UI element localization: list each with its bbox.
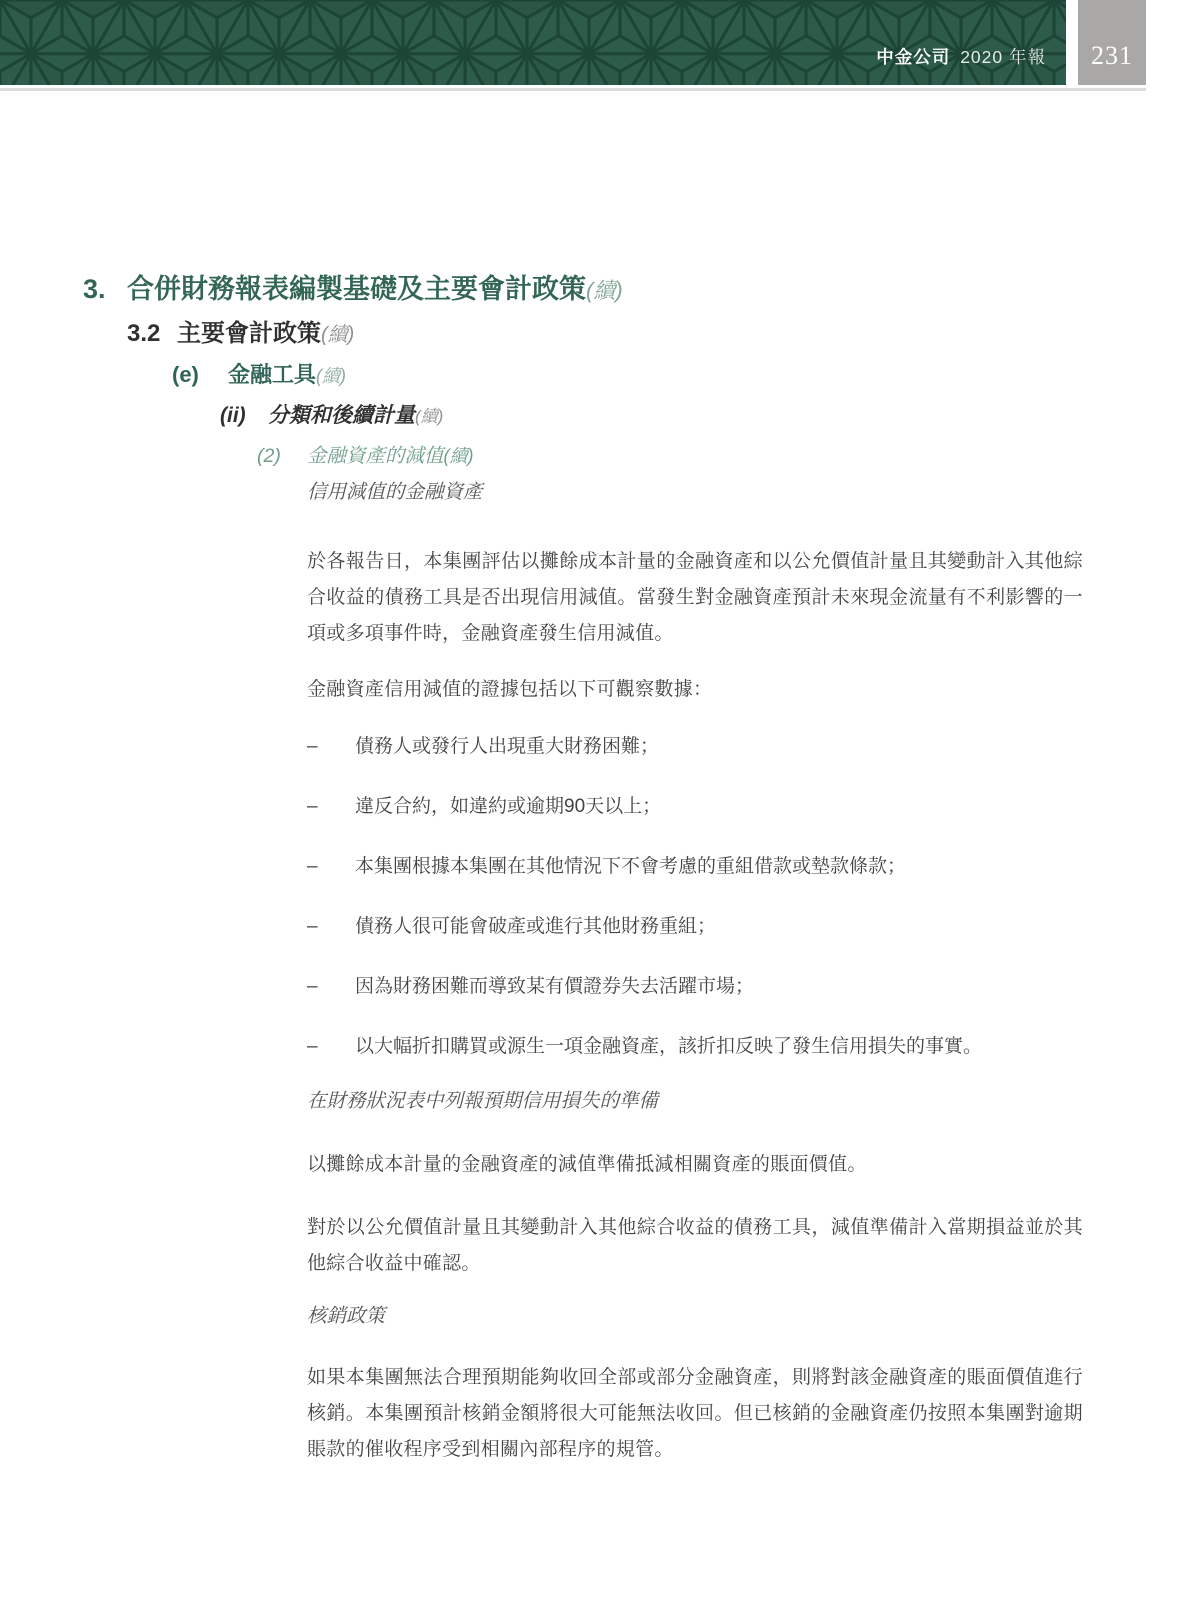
subsection-heading: 3.2 主要會計政策(續) (127, 317, 354, 352)
list-item-text: 因為財務困難而導致某有價證券失去活躍市場； (355, 972, 1083, 1002)
item-ii-heading: (ii) 分類和後續計量(續) (220, 400, 443, 432)
list-item-text: 債務人或發行人出現重大財務困難； (355, 732, 1083, 762)
item-e-title: 金融工具(續) (228, 359, 346, 392)
dash-bullet-icon: – (307, 792, 355, 822)
continued-label: (續) (415, 407, 443, 426)
list-item-text: 違反合約，如違約或逾期90天以上； (355, 792, 1083, 822)
item-e-heading: (e) 金融工具(續) (172, 359, 346, 392)
report-page: 中金公司2020 年報 231 3. 合併財務報表編製基礎及主要會計政策(續) … (0, 0, 1190, 1615)
list-item-text: 債務人很可能會破產或進行其他財務重組； (355, 912, 1083, 942)
page-number: 231 (1091, 41, 1133, 71)
dash-bullet-icon: – (307, 912, 355, 942)
list-item: – 違反合約，如違約或逾期90天以上； (307, 792, 1083, 822)
continued-label: (續) (321, 324, 354, 346)
subheading-writeoff-policy: 核銷政策 (307, 1302, 385, 1330)
continued-label: (續) (586, 278, 623, 303)
list-item: – 債務人很可能會破產或進行其他財務重組； (307, 912, 1083, 942)
paragraph-assessment: 於各報告日，本集團評估以攤餘成本計量的金融資產和以公允價值計量且其變動計入其他綜… (307, 544, 1083, 652)
section-number: 3. (83, 270, 127, 310)
subsection-title: 主要會計政策(續) (177, 317, 354, 352)
asanoha-pattern-icon (0, 0, 1066, 85)
dash-bullet-icon: – (307, 852, 355, 882)
company-name: 中金公司 (876, 47, 950, 67)
dash-bullet-icon: – (307, 732, 355, 762)
dash-bullet-icon: – (307, 972, 355, 1002)
dash-bullet-icon: – (307, 1032, 355, 1062)
paragraph-amortised-cost: 以攤餘成本計量的金融資產的減值準備抵減相關資產的賬面價值。 (307, 1147, 1083, 1183)
item-2-heading: (2) 金融資產的減值(續) (257, 442, 474, 471)
section-heading: 3. 合併財務報表編製基礎及主要會計政策(續) (83, 270, 623, 310)
list-item: – 債務人或發行人出現重大財務困難； (307, 732, 1083, 762)
page-number-box: 231 (1078, 0, 1146, 85)
paragraph-evidence-intro: 金融資產信用減值的證據包括以下可觀察數據： (307, 672, 1083, 708)
list-item: – 本集團根據本集團在其他情況下不會考慮的重組借款或墊款條款； (307, 852, 1083, 882)
subsection-number: 3.2 (127, 317, 177, 352)
paragraph-writeoff: 如果本集團無法合理預期能夠收回全部或部分金融資產，則將對該金融資產的賬面價值進行… (307, 1360, 1083, 1468)
header-divider (0, 88, 1146, 91)
continued-label: (續) (316, 366, 346, 386)
item-2-title: 金融資產的減值(續) (307, 442, 474, 471)
section-title: 合併財務報表編製基礎及主要會計政策(續) (127, 270, 623, 310)
paragraph-fvoci: 對於以公允價值計量且其變動計入其他綜合收益的債務工具，減值準備計入當期損益並於其… (307, 1210, 1083, 1282)
header-pattern-band: 中金公司2020 年報 (0, 0, 1066, 85)
item-ii-number: (ii) (220, 400, 268, 432)
item-2-number: (2) (257, 442, 307, 471)
list-item-text: 以大幅折扣購買或源生一項金融資產，該折扣反映了發生信用損失的事實。 (355, 1032, 1083, 1062)
subheading-ecl-presentation: 在財務狀況表中列報預期信用損失的準備 (307, 1087, 658, 1115)
header-caption: 中金公司2020 年報 (0, 44, 1066, 70)
subheading-credit-impaired: 信用減值的金融資產 (307, 478, 483, 506)
list-item: – 因為財務困難而導致某有價證券失去活躍市場； (307, 972, 1083, 1002)
item-e-number: (e) (172, 359, 228, 392)
list-item: – 以大幅折扣購買或源生一項金融資產，該折扣反映了發生信用損失的事實。 (307, 1032, 1083, 1062)
item-ii-title: 分類和後續計量(續) (268, 400, 443, 432)
report-year: 2020 年報 (960, 47, 1046, 67)
continued-label: (續) (444, 446, 474, 466)
list-item-text: 本集團根據本集團在其他情況下不會考慮的重組借款或墊款條款； (355, 852, 1083, 882)
